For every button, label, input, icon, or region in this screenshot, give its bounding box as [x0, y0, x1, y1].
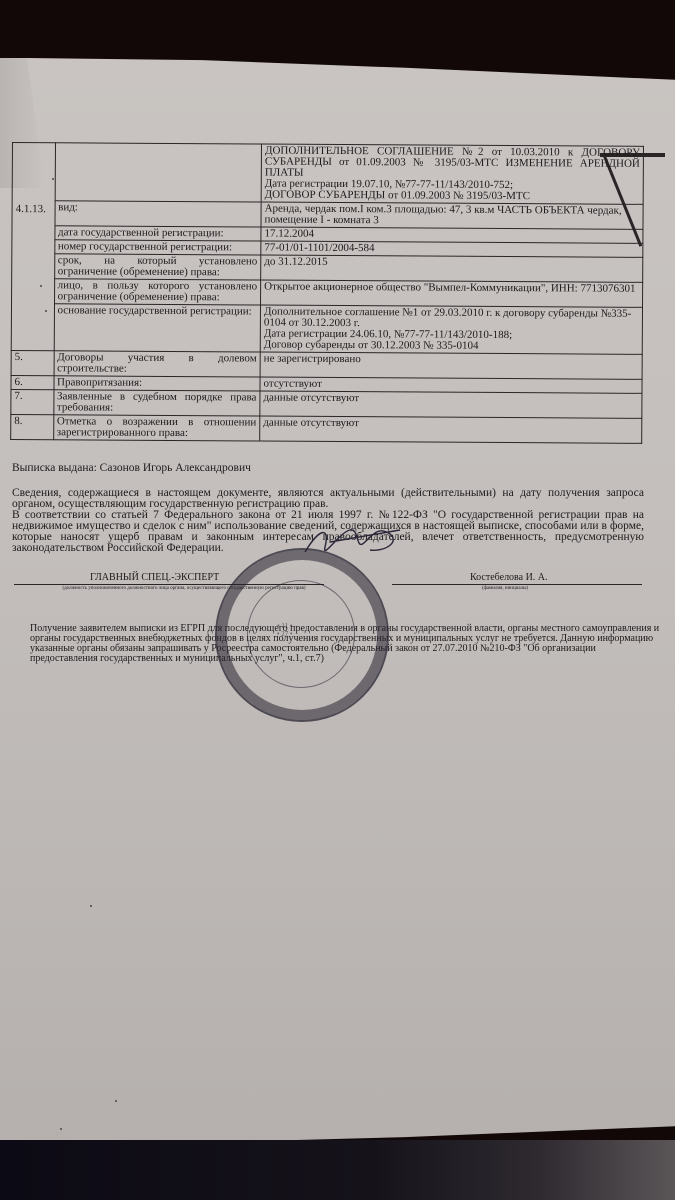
- table-row: срок, на который установлено ограничение…: [12, 254, 643, 283]
- section-number: 5.: [11, 350, 54, 375]
- continued-value-line: ДОГОВОР СУБАРЕНДЫ от 01.09.2003 № 3195/0…: [265, 190, 640, 203]
- signer-position: ГЛАВНЫЙ СПЕЦ.-ЭКСПЕРТ: [90, 572, 219, 583]
- paper-speck: [52, 178, 54, 180]
- name-caption: (фамилия, инициалы): [482, 586, 528, 591]
- handwritten-signature: [300, 522, 410, 562]
- issued-to: Выписка выдана: Сазонов Игорь Александро…: [12, 462, 662, 474]
- table-row: 8. Отметка о возражении в отношении заре…: [11, 414, 642, 443]
- row-label: Отметка о возражении в отношении зарегис…: [53, 415, 260, 441]
- value-line: Договор субаренды от 30.12.2003 № 335-01…: [264, 340, 639, 353]
- table-row: 5. Договоры участия в долевом строительс…: [11, 350, 642, 379]
- continued-label-cell: [55, 143, 262, 202]
- row-value: Открытое акционерное общество "Вымпел-Ко…: [261, 280, 643, 307]
- paper-speck: [60, 1128, 62, 1130]
- notice-paragraph: Сведения, содержащиеся в настоящем докум…: [12, 488, 644, 510]
- row-label: основание государственной регистрации:: [54, 304, 261, 352]
- official-stamp: • 11 • • 27 •: [215, 548, 389, 722]
- row-label: Договоры участия в долевом строительстве…: [54, 351, 261, 377]
- section-number: 6.: [11, 375, 54, 389]
- continued-value-line: ДОПОЛНИТЕЛЬНОЕ СОГЛАШЕНИЕ №2 от 10.03.20…: [265, 146, 640, 181]
- table-row: лицо, в пользу которого установлено огра…: [12, 279, 643, 308]
- row-value: не зарегистрировано: [260, 352, 642, 379]
- paper-speck: [90, 905, 92, 907]
- paper-speck: [45, 310, 47, 312]
- row-value: Дополнительное соглашение №1 от 29.03.20…: [260, 305, 642, 354]
- row-value: Аренда, чердак пом.I ком.3 площадью: 47,…: [261, 202, 643, 229]
- paper-speck: [40, 285, 42, 287]
- table-row: 4.1.13. ДОПОЛНИТЕЛЬНОЕ СОГЛАШЕНИЕ №2 от …: [12, 143, 643, 205]
- row-label: Заявленные в судебном порядке права треб…: [53, 390, 260, 416]
- row-label: вид:: [55, 201, 262, 227]
- row-label: дата государственной регистрации:: [54, 226, 261, 241]
- registry-table: 4.1.13. ДОПОЛНИТЕЛЬНОЕ СОГЛАШЕНИЕ №2 от …: [10, 142, 644, 444]
- stamp-center-text: • 11 • • 27 •: [277, 622, 292, 638]
- background-surface: [0, 1140, 675, 1200]
- row-label: номер государственной регистрации:: [54, 240, 261, 255]
- section-number-cell: 4.1.13.: [11, 143, 55, 351]
- table-row: основание государственной регистрации: Д…: [11, 304, 642, 355]
- paper-speck: [115, 1100, 117, 1102]
- row-value: до 31.12.2015: [261, 255, 643, 282]
- stamp-inner-ring: [247, 580, 355, 688]
- signer-name: Костебелова И. А.: [470, 572, 548, 583]
- table-row: вид: Аренда, чердак пом.I ком.3 площадью…: [12, 201, 643, 230]
- section-number: 8.: [11, 414, 54, 439]
- row-label: лицо, в пользу которого установлено огра…: [54, 279, 261, 305]
- table-row: 7. Заявленные в судебном порядке права т…: [11, 389, 642, 418]
- section-number: 4.1.13.: [16, 203, 46, 215]
- name-line: [392, 584, 642, 585]
- section-number: 7.: [11, 389, 54, 414]
- row-value: данные отсутствуют: [260, 391, 642, 418]
- row-value: данные отсутствуют: [260, 416, 642, 443]
- row-label: срок, на который установлено ограничение…: [54, 254, 261, 280]
- continued-value-cell: ДОПОЛНИТЕЛЬНОЕ СОГЛАШЕНИЕ №2 от 10.03.20…: [261, 144, 643, 204]
- row-label: Правопритязания:: [54, 376, 261, 391]
